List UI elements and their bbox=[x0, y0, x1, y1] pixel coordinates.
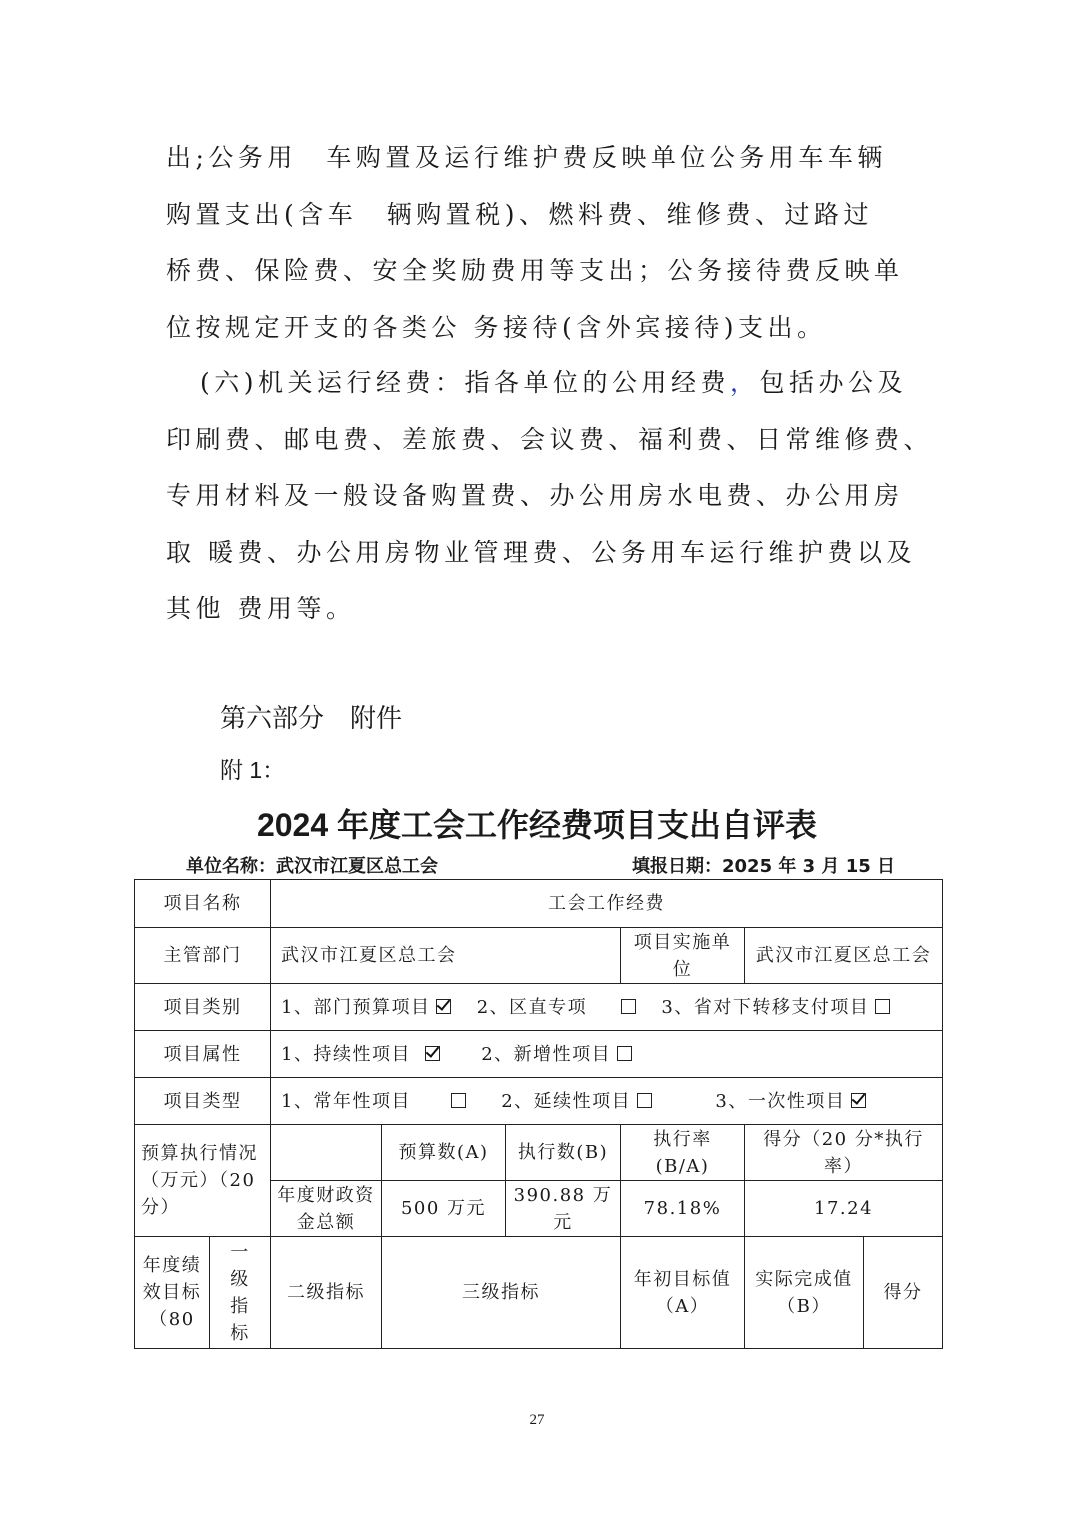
header-score: 得分（20 分*执行率） bbox=[745, 1125, 943, 1181]
option-district-special: 2、区直专项 bbox=[477, 997, 636, 1018]
score-header: 得分 bbox=[864, 1237, 943, 1349]
text-line: 桥费、保险费、安全奖励费用等支出；公务接待费反映单 bbox=[166, 243, 911, 300]
fund-total-label: 年度财政资金总额 bbox=[271, 1181, 382, 1237]
page-number: 27 bbox=[0, 1412, 1074, 1429]
header-executed: 执行数(B) bbox=[506, 1125, 621, 1181]
unit-name: 单位名称：武汉市江夏区总工会 bbox=[186, 852, 438, 878]
empty-cell bbox=[271, 1125, 382, 1181]
label-cell: 主管部门 bbox=[135, 928, 271, 984]
level1-header: 一级指标 bbox=[210, 1237, 271, 1349]
option-label: 3、一次性项目 bbox=[715, 1091, 845, 1112]
label-cell: 项目实施单位 bbox=[621, 928, 745, 984]
row-performance-header: 年度绩效目标（80 一级指标 二级指标 三级指标 年初目标值（A） 实际完成值（… bbox=[135, 1237, 943, 1349]
option-label: 2、区直专项 bbox=[477, 997, 587, 1018]
form-title: 2024 年度工会工作经费项目支出自评表 bbox=[0, 800, 1074, 846]
fill-date: 填报日期：2025 年 3 月 15 日 bbox=[632, 852, 895, 878]
checkbox-checked-icon[interactable] bbox=[436, 999, 451, 1014]
text-line: 取 暖费、办公用房物业管理费、公务用车运行维护费以及 bbox=[166, 525, 911, 582]
header-rate: 执行率(B/A) bbox=[621, 1125, 745, 1181]
option-label: 3、省对下转移支付项目 bbox=[661, 997, 869, 1018]
option-one-time: 3、一次性项目 bbox=[715, 1091, 866, 1112]
budget-label-cell: 预算执行情况（万元）（20 分） bbox=[135, 1125, 271, 1237]
text-line: 专用材料及一般设备购置费、办公用房水电费、办公用房 bbox=[166, 468, 911, 525]
text-line: 购置支出(含车 辆购置税)、燃料费、维修费、过路过 bbox=[166, 187, 911, 244]
option-label: 1、常年性项目 bbox=[281, 1091, 411, 1112]
header-budget: 预算数(A) bbox=[382, 1125, 506, 1181]
attachment-label: 附 1： bbox=[220, 752, 285, 785]
checkbox-empty-icon[interactable] bbox=[621, 999, 636, 1014]
paragraph-vehicle-expenses: 出;公务用 车购置及运行维护费反映单位公务用车车辆 购置支出(含车 辆购置税)、… bbox=[166, 130, 911, 356]
text-line: 印刷费、邮电费、差旅费、会议费、福利费、日常维修费、 bbox=[166, 412, 911, 469]
value-cell: 武汉市江夏区总工会 bbox=[745, 928, 943, 984]
row-attribute: 项目属性 1、持续性项目 2、新增性项目 bbox=[135, 1031, 943, 1078]
section-heading: 第六部分 附件 bbox=[220, 698, 402, 735]
label-cell: 项目名称 bbox=[135, 880, 271, 928]
checkbox-empty-icon[interactable] bbox=[617, 1046, 632, 1061]
score-value: 17.24 bbox=[745, 1181, 943, 1237]
value-cell: 工会工作经费 bbox=[271, 880, 943, 928]
row-category: 项目类别 1、部门预算项目 2、区直专项 3、省对下转移支付项目 bbox=[135, 984, 943, 1031]
level3-header: 三级指标 bbox=[382, 1237, 621, 1349]
option-transfer-payment: 3、省对下转移支付项目 bbox=[661, 997, 890, 1018]
checkbox-empty-icon[interactable] bbox=[451, 1093, 466, 1108]
text-line: 位按规定开支的各类公 务接待(含外宾接待)支出。 bbox=[166, 300, 911, 357]
level2-header: 二级指标 bbox=[271, 1237, 382, 1349]
goal-header: 年度绩效目标（80 bbox=[135, 1237, 210, 1349]
option-label: 1、部门预算项目 bbox=[281, 997, 430, 1018]
text-segment: (六)机关运行经费：指各单位的公用经费 bbox=[200, 368, 730, 397]
row-department: 主管部门 武汉市江夏区总工会 项目实施单位 武汉市江夏区总工会 bbox=[135, 928, 943, 984]
rate-value: 78.18% bbox=[621, 1181, 745, 1237]
option-label: 1、持续性项目 bbox=[281, 1044, 411, 1065]
text-line: 其他 费用等。 bbox=[166, 581, 911, 638]
checkbox-checked-icon[interactable] bbox=[851, 1093, 866, 1108]
label-cell: 项目类型 bbox=[135, 1078, 271, 1125]
checkbox-checked-icon[interactable] bbox=[425, 1046, 440, 1061]
value-cell: 武汉市江夏区总工会 bbox=[271, 928, 621, 984]
label-cell: 项目属性 bbox=[135, 1031, 271, 1078]
option-extended: 2、延续性项目 bbox=[501, 1091, 652, 1112]
executed-value: 390.88 万元 bbox=[506, 1181, 621, 1237]
option-label: 2、延续性项目 bbox=[501, 1091, 631, 1112]
evaluation-table: 项目名称 工会工作经费 主管部门 武汉市江夏区总工会 项目实施单位 武汉市江夏区… bbox=[134, 879, 943, 1349]
option-annual: 1、常年性项目 bbox=[281, 1091, 466, 1112]
text-line: (六)机关运行经费：指各单位的公用经费，包括办公及 bbox=[166, 355, 911, 412]
row-project-name: 项目名称 工会工作经费 bbox=[135, 880, 943, 928]
comma-blue: ， bbox=[730, 368, 760, 397]
checkbox-empty-icon[interactable] bbox=[637, 1093, 652, 1108]
option-dept-budget: 1、部门预算项目 bbox=[281, 997, 451, 1018]
actual-header: 实际完成值（B） bbox=[745, 1237, 864, 1349]
options-cell: 1、常年性项目 2、延续性项目 3、一次性项目 bbox=[271, 1078, 943, 1125]
option-new: 2、新增性项目 bbox=[481, 1044, 632, 1065]
text-line: 出;公务用 车购置及运行维护费反映单位公务用车车辆 bbox=[166, 130, 911, 187]
checkbox-empty-icon[interactable] bbox=[875, 999, 890, 1014]
options-cell: 1、持续性项目 2、新增性项目 bbox=[271, 1031, 943, 1078]
label-cell: 项目类别 bbox=[135, 984, 271, 1031]
options-cell: 1、部门预算项目 2、区直专项 3、省对下转移支付项目 bbox=[271, 984, 943, 1031]
text-segment: 包括办公及 bbox=[760, 368, 908, 397]
budget-value: 500 万元 bbox=[382, 1181, 506, 1237]
row-type: 项目类型 1、常年性项目 2、延续性项目 3、一次性项目 bbox=[135, 1078, 943, 1125]
target-header: 年初目标值（A） bbox=[621, 1237, 745, 1349]
option-continuing: 1、持续性项目 bbox=[281, 1044, 440, 1065]
paragraph-operating-expenses: (六)机关运行经费：指各单位的公用经费，包括办公及 印刷费、邮电费、差旅费、会议… bbox=[166, 355, 911, 638]
row-budget-header: 预算执行情况（万元）（20 分） 预算数(A) 执行数(B) 执行率(B/A) … bbox=[135, 1125, 943, 1181]
option-label: 2、新增性项目 bbox=[481, 1044, 611, 1065]
